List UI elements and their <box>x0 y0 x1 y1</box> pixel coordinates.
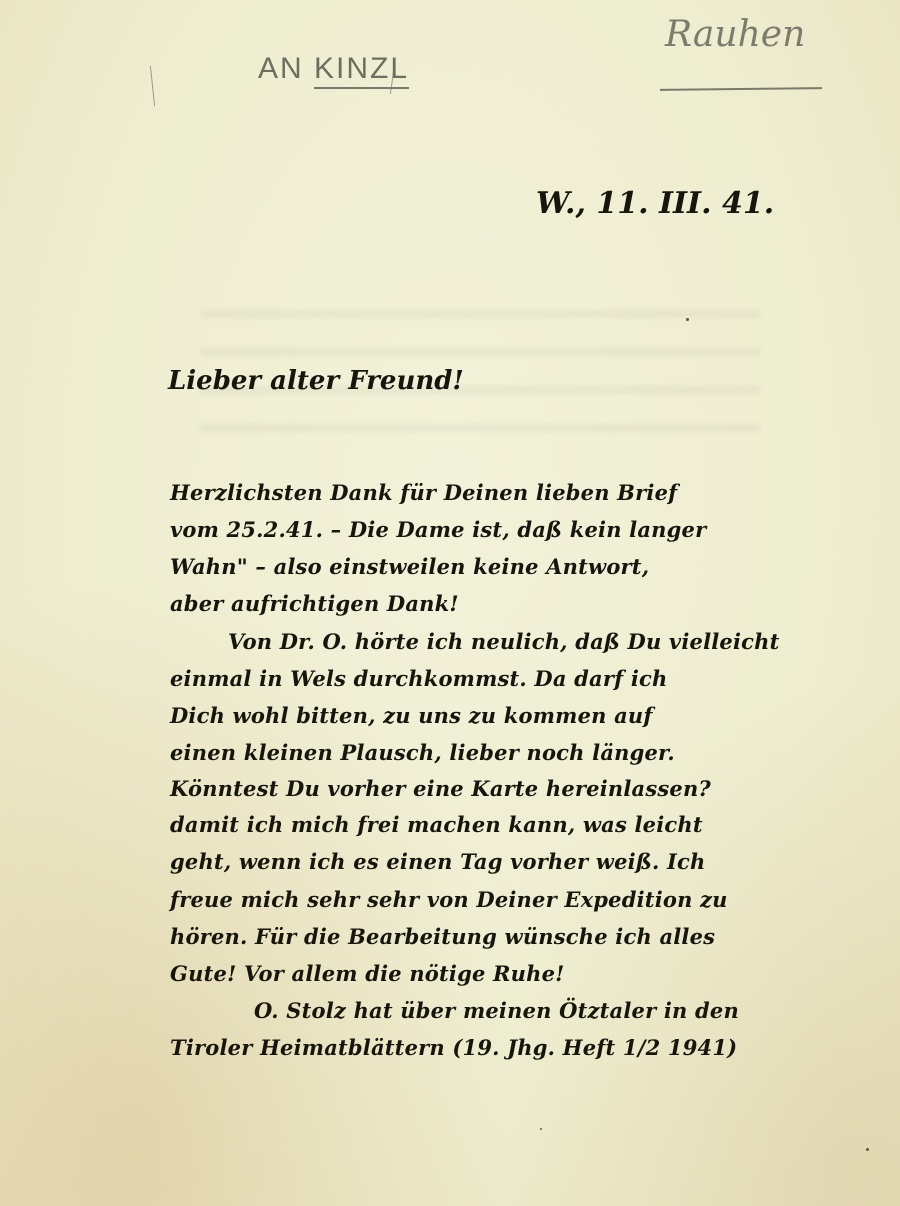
ink-speck <box>866 1148 869 1151</box>
body-line: einmal in Wels durchkommst. Da darf ich <box>170 666 668 691</box>
ink-speck <box>686 318 689 321</box>
body-line: Herzlichsten Dank für Deinen lieben Brie… <box>170 480 677 505</box>
body-line: freue mich sehr sehr von Deiner Expediti… <box>170 887 728 912</box>
letter-salutation: Lieber alter Freund! <box>168 366 464 396</box>
ink-speck <box>540 1128 542 1130</box>
body-line: Könntest Du vorher eine Karte hereinlass… <box>170 776 711 801</box>
body-line: hören. Für die Bearbeitung wünsche ich a… <box>170 924 715 949</box>
body-line: einen kleinen Plausch, lieber noch länge… <box>170 740 675 765</box>
annotation-prefix: AN <box>258 52 304 85</box>
body-line: Tiroler Heimatblättern (19. Jhg. Heft 1/… <box>170 1035 737 1060</box>
pencil-stroke <box>150 66 155 106</box>
pencil-annotation-recipient: AN KINZL <box>258 52 409 86</box>
body-line: Von Dr. O. hörte ich neulich, daß Du vie… <box>228 629 780 654</box>
body-line: vom 25.2.41. – Die Dame ist, daß kein la… <box>170 517 706 542</box>
body-line: O. Stolz hat über meinen Ötztaler in den <box>254 998 739 1023</box>
body-line: Wahn" – also einstweilen keine Antwort, <box>170 554 649 579</box>
letter-page: AN KINZL Rauhen W., 11. III. 41. Lieber … <box>0 0 900 1206</box>
body-line: Gute! Vor allem die nötige Ruhe! <box>170 961 565 986</box>
letter-date: W., 11. III. 41. <box>536 186 774 221</box>
pencil-annotation-signature: Rauhen <box>665 14 805 55</box>
body-line: geht, wenn ich es einen Tag vorher weiß.… <box>170 849 705 874</box>
annotation-name: KINZL <box>314 52 409 89</box>
body-line: Dich wohl bitten, zu uns zu kommen auf <box>170 703 653 728</box>
pencil-underline <box>660 87 822 91</box>
body-line: aber aufrichtigen Dank! <box>170 591 459 616</box>
body-line: damit ich mich frei machen kann, was lei… <box>170 812 703 837</box>
